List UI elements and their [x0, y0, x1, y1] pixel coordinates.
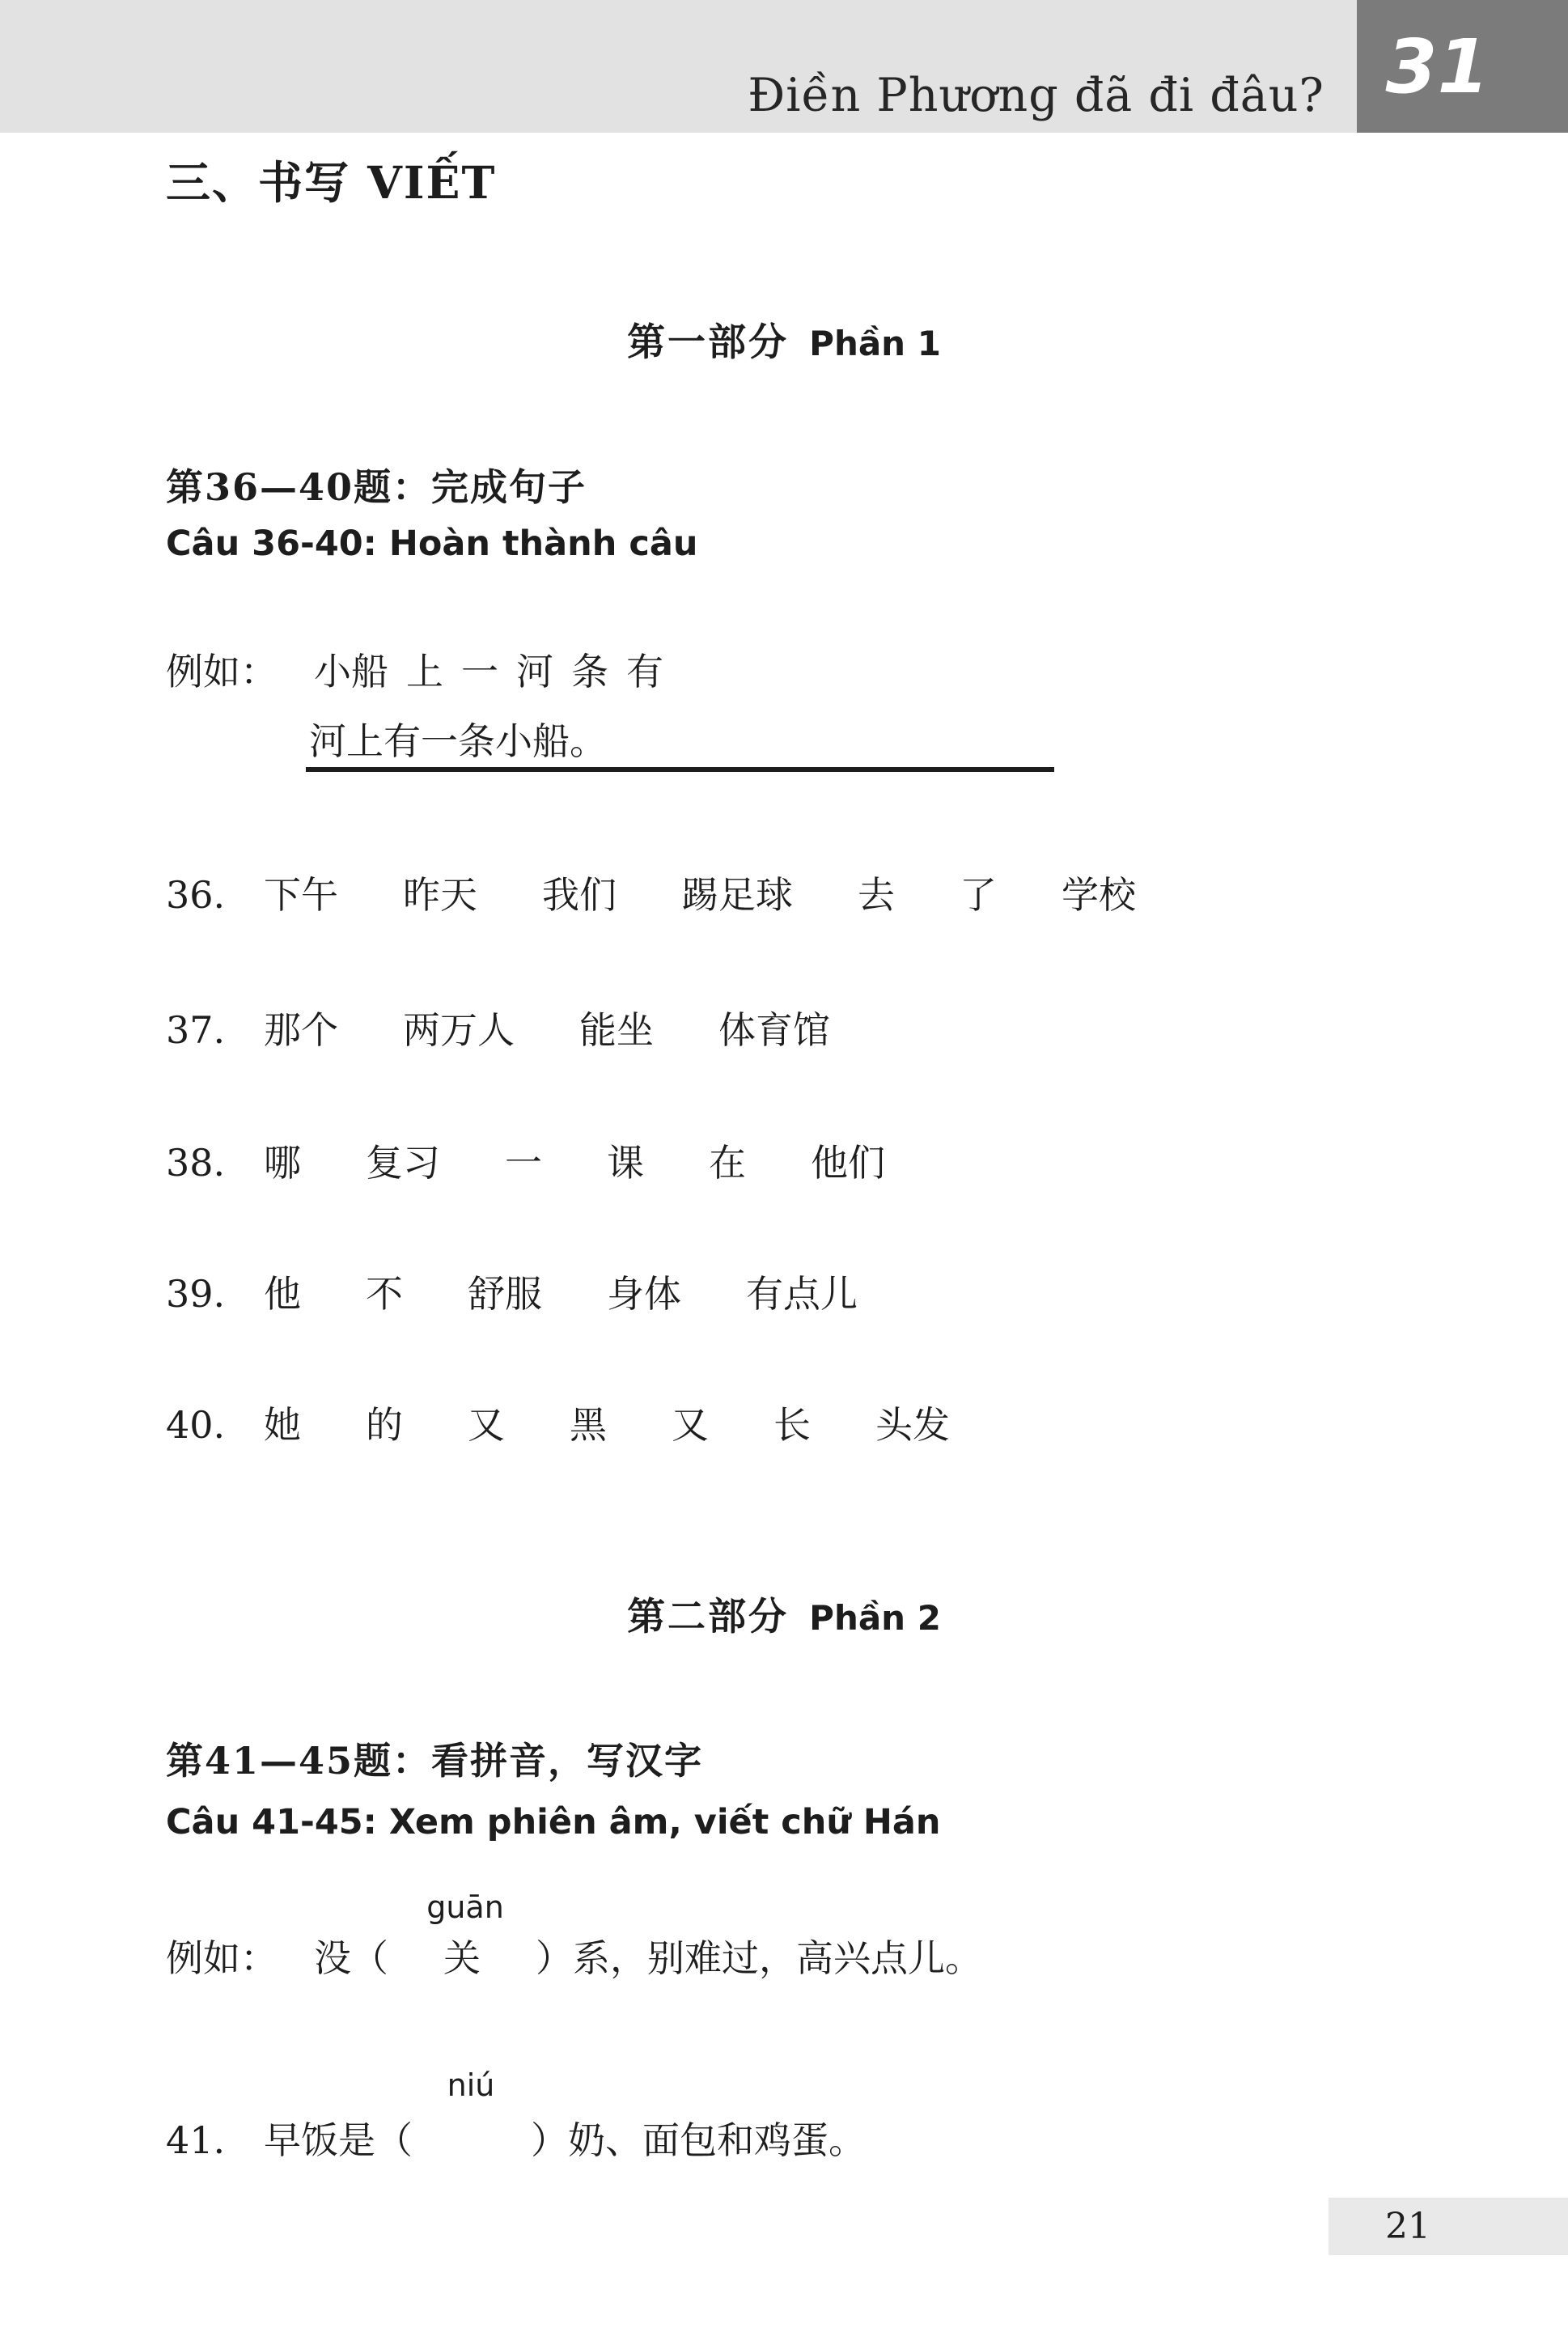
question-word: 踢足球 [681, 873, 793, 918]
question-word: 长 [773, 1403, 811, 1448]
question-pre-text: 早饭是（ [264, 2118, 413, 2163]
page-header-band: Điền Phương đã đi đâu? [0, 0, 1568, 133]
question-word: 昨天 [403, 873, 477, 918]
lesson-number: 31 [1385, 23, 1489, 110]
question-word: 他 [264, 1272, 301, 1317]
question-word: 又 [468, 1403, 505, 1448]
question-word: 她 [264, 1403, 301, 1448]
example-answer-char: 关 [388, 1936, 536, 1981]
example-word: 上 [406, 650, 443, 694]
part1-heading-zh: 第一部分 [627, 320, 789, 365]
question-number: 41. [166, 2118, 264, 2163]
section-title: 三、书写 VIẾT [166, 157, 496, 208]
part2-instruction-zh: 第41—45题：看拼音，写汉字 [166, 1740, 703, 1783]
page-number-box: 21 [1329, 2198, 1568, 2255]
example-word: 一 [461, 650, 498, 694]
page-number: 21 [1385, 2206, 1430, 2247]
question-words: 哪 复习 一 课 在 他们 [264, 1141, 885, 1185]
part2-example-row: 例如： 没（ 关 ）系，别难过，高兴点儿。 [166, 1936, 982, 1981]
question-word: 的 [366, 1403, 403, 1448]
question-word: 一 [505, 1141, 542, 1185]
part1-example-row: 例如： 小船 上 一 河 条 有 [166, 650, 663, 694]
question-row-37: 37. 那个 两万人 能坐 体育馆 [166, 1008, 830, 1053]
question-words: 下午 昨天 我们 踢足球 去 了 学校 [264, 873, 1136, 918]
lesson-number-box: 31 [1357, 0, 1568, 133]
example-word: 小船 [314, 650, 388, 694]
question-word: 他们 [811, 1141, 885, 1185]
part1-instruction-zh: 第36—40题：完成句子 [166, 466, 587, 509]
question-word: 不 [366, 1272, 403, 1317]
workbook-page: Điền Phương đã đi đâu? 31 三、书写 VIẾT 第一部分… [0, 0, 1568, 2332]
question-number: 38. [166, 1141, 264, 1185]
example-word: 条 [571, 650, 608, 694]
example-post-text: ）系，别难过，高兴点儿。 [536, 1936, 982, 1981]
example-pre-text: 没（ [314, 1936, 388, 1981]
part1-instruction-vi: Câu 36-40: Hoàn thành câu [166, 524, 697, 564]
question-word: 复习 [366, 1141, 440, 1185]
example-word: 河 [516, 650, 553, 694]
question-row-36: 36. 下午 昨天 我们 踢足球 去 了 学校 [166, 873, 1136, 918]
part2-heading: 第二部分 Phần 2 [0, 1596, 1568, 1639]
example-label: 例如： [166, 650, 278, 694]
pinyin-hint-niu: niú [447, 2070, 495, 2101]
question-row-39: 39. 他 不 舒服 身体 有点儿 [166, 1272, 858, 1317]
part1-heading-vi: Phần 1 [809, 324, 941, 363]
question-word: 能坐 [579, 1008, 654, 1053]
question-word: 有点儿 [746, 1272, 858, 1317]
part2-heading-vi: Phần 2 [809, 1598, 941, 1638]
question-word: 那个 [264, 1008, 338, 1053]
part1-heading: 第一部分 Phần 1 [0, 322, 1568, 364]
question-word: 去 [858, 873, 895, 918]
question-word: 头发 [875, 1403, 950, 1448]
question-number: 39. [166, 1272, 264, 1317]
question-row-40: 40. 她 的 又 黑 又 长 头发 [166, 1403, 950, 1448]
question-word: 身体 [607, 1272, 681, 1317]
question-word: 哪 [264, 1141, 301, 1185]
question-row-38: 38. 哪 复习 一 课 在 他们 [166, 1141, 885, 1185]
example-words: 小船 上 一 河 条 有 [314, 650, 663, 694]
question-word: 课 [607, 1141, 644, 1185]
part2-instruction-vi: Câu 41-45: Xem phiên âm, viết chữ Hán [166, 1803, 941, 1842]
example-answer-underline [306, 767, 1054, 772]
question-word: 舒服 [468, 1272, 542, 1317]
question-word: 体育馆 [718, 1008, 830, 1053]
question-words: 那个 两万人 能坐 体育馆 [264, 1008, 830, 1053]
lesson-title: Điền Phương đã đi đâu? [748, 73, 1324, 119]
example-word: 有 [626, 650, 663, 694]
question-word: 我们 [542, 873, 617, 918]
example-label: 例如： [166, 1936, 278, 1981]
question-words: 他 不 舒服 身体 有点儿 [264, 1272, 858, 1317]
question-word: 了 [960, 873, 997, 918]
question-post-text: ）奶、面包和鸡蛋。 [531, 2118, 866, 2163]
part2-heading-zh: 第二部分 [627, 1595, 789, 1639]
question-number: 37. [166, 1008, 264, 1053]
question-word: 学校 [1062, 873, 1136, 918]
question-word: 下午 [264, 873, 338, 918]
question-word: 在 [709, 1141, 746, 1185]
question-word: 又 [672, 1403, 709, 1448]
question-word: 两万人 [403, 1008, 515, 1053]
question-word: 黑 [570, 1403, 607, 1448]
part1-example-answer: 河上有一条小船。 [309, 719, 607, 764]
pinyin-hint-guan: guān [426, 1892, 504, 1923]
question-words: 她 的 又 黑 又 长 头发 [264, 1403, 950, 1448]
question-number: 40. [166, 1403, 264, 1448]
question-number: 36. [166, 873, 264, 918]
question-row-41: 41. 早饭是（ ）奶、面包和鸡蛋。 [166, 2118, 866, 2163]
